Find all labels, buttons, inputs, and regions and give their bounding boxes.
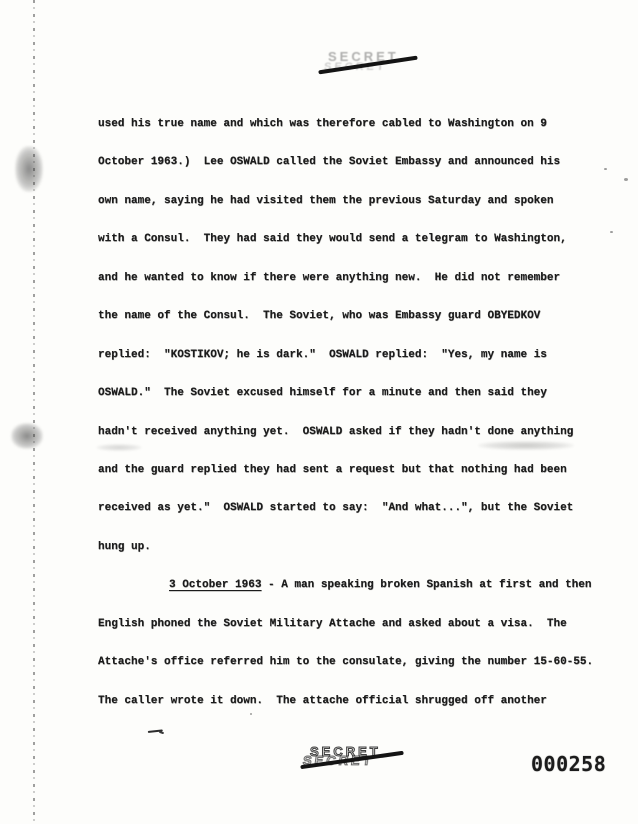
document-line: used his true name and which was therefo…: [98, 117, 608, 155]
scan-speck: [610, 231, 613, 233]
scan-speck: [624, 178, 628, 181]
underlined-date: 3 October 1963: [169, 579, 261, 591]
document-line: the name of the Consul. The Soviet, who …: [98, 309, 608, 347]
pencil-mark: [148, 728, 167, 738]
scan-smudge: [11, 423, 43, 449]
document-line: 3 October 1963 - A man speaking broken S…: [98, 578, 608, 616]
document-line: own name, saying he had visited them the…: [98, 194, 608, 232]
document-line: received as yet." OSWALD started to say:…: [98, 501, 608, 539]
document-line: Attache's office referred him to the con…: [98, 655, 608, 693]
document-line: October 1963.) Lee OSWALD called the Sov…: [98, 155, 608, 193]
document-line: hung up.: [98, 540, 608, 578]
document-line: replied: "KOSTIKOV; he is dark." OSWALD …: [98, 348, 608, 386]
document-line: English phoned the Soviet Military Attac…: [98, 617, 608, 655]
secret-stamp-bottom: SECRET SECRET: [306, 744, 401, 778]
document-body: used his true name and which was therefo…: [98, 117, 608, 732]
scan-edge-artifact: [33, 0, 35, 824]
scan-smudge: [15, 146, 43, 192]
document-line: and the guard replied they had sent a re…: [98, 463, 608, 501]
document-line: OSWALD." The Soviet excused himself for …: [98, 386, 608, 424]
document-line: hadn't received anything yet. OSWALD ask…: [98, 425, 608, 463]
document-line: The caller wrote it down. The attache of…: [98, 694, 608, 732]
document-line: and he wanted to know if there were anyt…: [98, 271, 608, 309]
page-serial-number: 000258: [531, 752, 606, 776]
document-line: with a Consul. They had said they would …: [98, 232, 608, 270]
secret-stamp-top: SECRET SECRET: [324, 48, 414, 86]
scanned-document-page: SECRET SECRET used his true name and whi…: [0, 0, 638, 824]
pencil-tail: [159, 731, 164, 734]
